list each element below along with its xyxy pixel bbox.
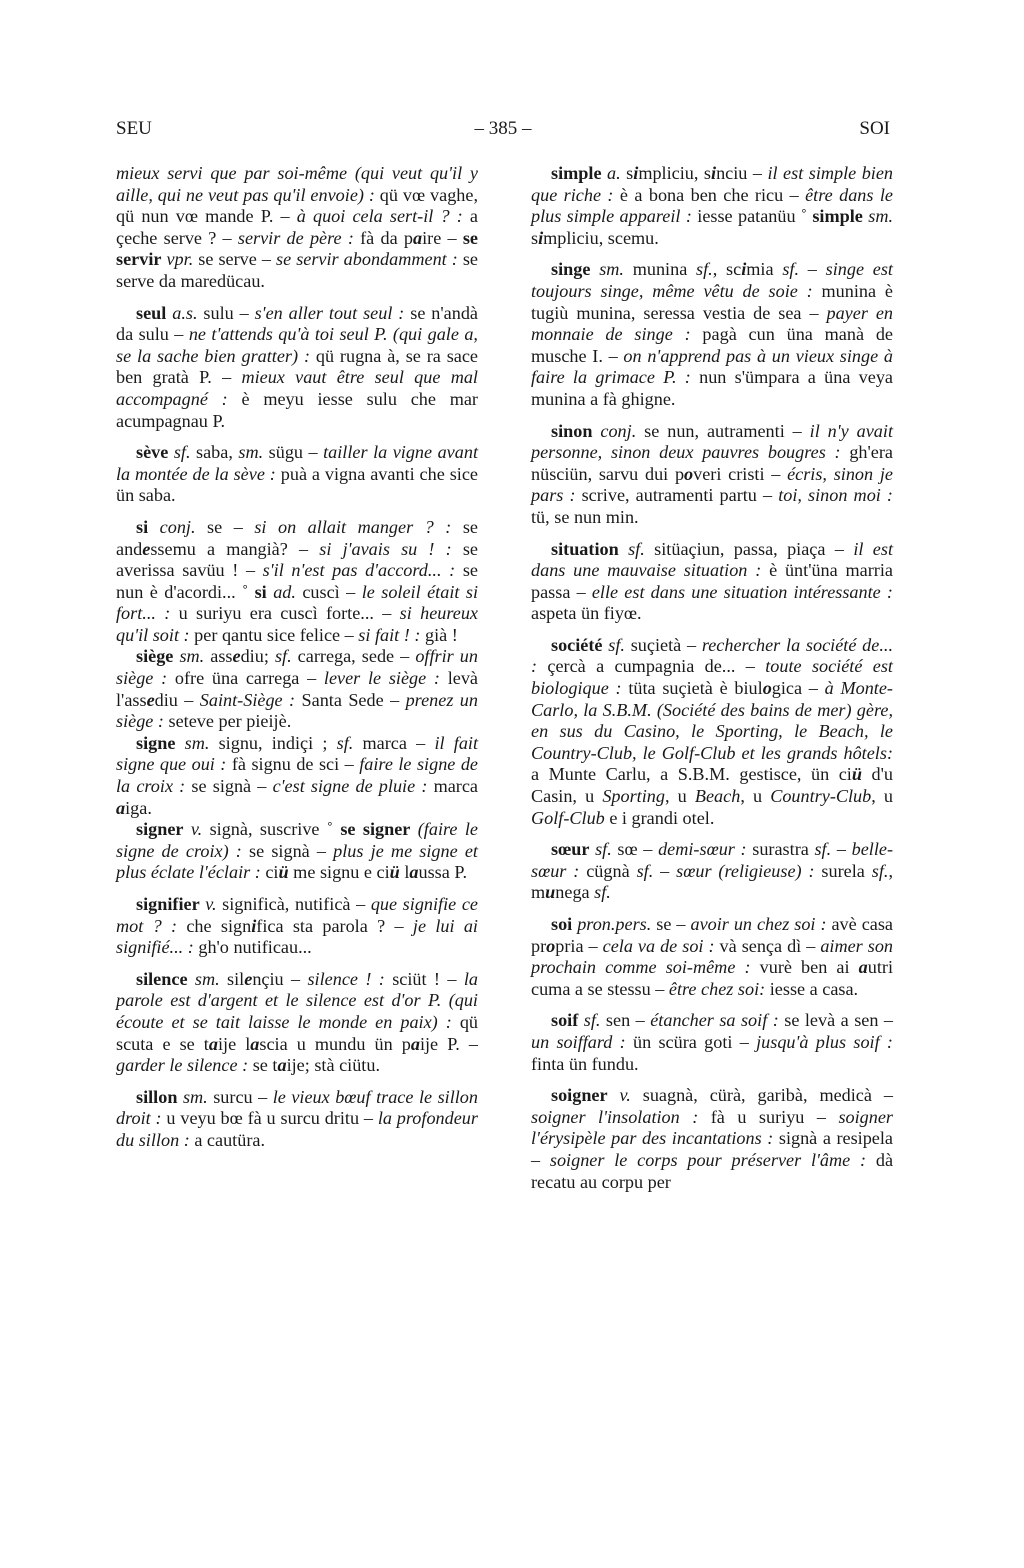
- dictionary-entry: sœur sf. sœ – demi-sœur : surastra sf. –…: [531, 839, 893, 904]
- dictionary-entry: silence sm. silençiu – silence ! : sciüt…: [116, 969, 478, 1077]
- dictionary-entry: seul a.s. sulu – s'en aller tout seul : …: [116, 303, 478, 433]
- dictionary-entry: singe sm. munina sf., scimia sf. – singe…: [531, 259, 893, 410]
- dictionary-entry: soif sf. sen – étancher sa soif : se lev…: [531, 1010, 893, 1075]
- guide-word-right: SOI: [859, 118, 890, 140]
- left-column: mieux servi que par soi-même (qui veut q…: [116, 163, 478, 1162]
- dictionary-entry: si conj. se – si on allait manger ? : se…: [116, 517, 478, 647]
- right-column: simple a. simpliciu, sinciu – il est sim…: [531, 163, 893, 1203]
- page-number: – 385 –: [116, 118, 890, 140]
- dictionary-entry: signe sm. signu, indiçi ; sf. marca – il…: [116, 733, 478, 819]
- dictionary-entry: signer v. signà, suscrive ˚ se signer (f…: [116, 819, 478, 884]
- dictionary-entry: signifier v. significà, nutificà – que s…: [116, 894, 478, 959]
- running-header: SEU – 385 – SOI: [116, 118, 890, 144]
- dictionary-entry: soigner v. suagnà, cürà, garibà, medicà …: [531, 1085, 893, 1193]
- dictionary-entry: société sf. suçietà – rechercher la soci…: [531, 635, 893, 829]
- dictionary-entry: soi pron.pers. se – avoir un chez soi : …: [531, 914, 893, 1000]
- dictionary-entry: sillon sm. surcu – le vieux bœuf trace l…: [116, 1087, 478, 1152]
- dictionary-entry: simple a. simpliciu, sinciu – il est sim…: [531, 163, 893, 249]
- dictionary-entry: mieux servi que par soi-même (qui veut q…: [116, 163, 478, 293]
- dictionary-entry: situation sf. sitüaçiun, passa, piaça – …: [531, 539, 893, 625]
- dictionary-entry: sinon conj. se nun, autramenti – il n'y …: [531, 421, 893, 529]
- dictionary-entry: sève sf. saba, sm. sügu – tailler la vig…: [116, 442, 478, 507]
- dictionary-entry: siège sm. assediu; sf. carrega, sede – o…: [116, 646, 478, 732]
